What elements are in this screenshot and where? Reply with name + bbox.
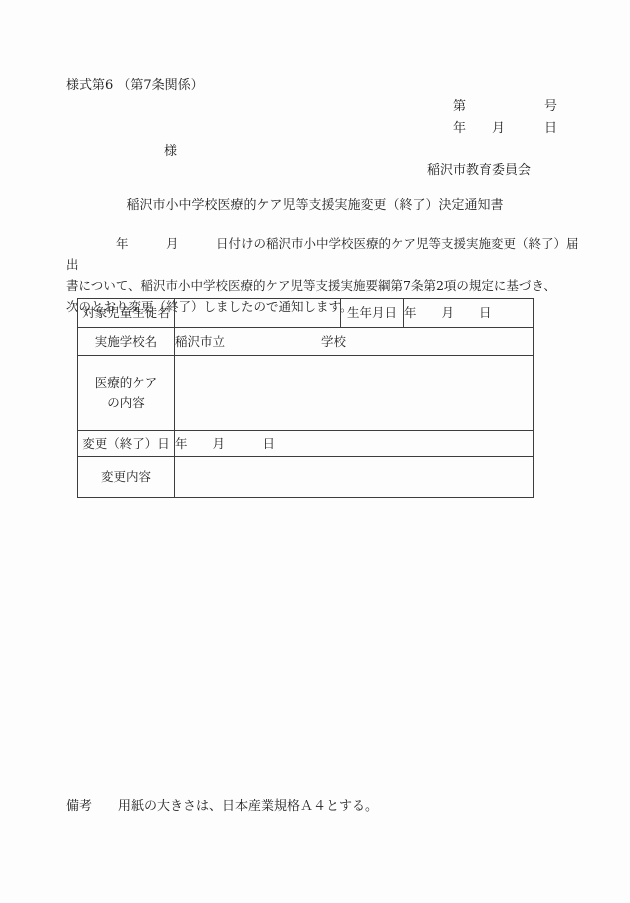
body-line-2: 書について、稲沢市小中学校医療的ケア児等支援実施要綱第7条第2項の規定に基づき、 <box>66 275 586 296</box>
table-row-change-date: 変更（終了）日 年 月 日 <box>78 431 534 457</box>
table-row-change-details: 変更内容 <box>78 457 534 498</box>
issuer-name: 稲沢市教育委員会 <box>427 163 531 179</box>
body-line-1: 年 月 日付けの稲沢市小中学校医療的ケア児等支援実施変更（終了）届出 <box>66 233 586 275</box>
document-number-line: 第 号 <box>453 96 557 118</box>
target-student-name-field <box>175 299 341 328</box>
birthdate-label: 生年月日 <box>341 299 404 328</box>
school-name-suffix: 学校 <box>321 334 346 350</box>
medical-care-label-line1: 医療的ケア <box>78 373 174 393</box>
change-date-label: 変更（終了）日 <box>78 431 175 457</box>
table-row-medical-care: 医療的ケア の内容 <box>78 356 534 431</box>
change-details-field <box>175 457 534 498</box>
document-page: 様式第6 （第7条関係） 第 号 年 月 日 様 稲沢市教育委員会 稲沢市小中学… <box>0 0 630 903</box>
school-name-value: 稲沢市立学校 <box>175 328 534 356</box>
school-name-prefix: 稲沢市立 <box>175 334 225 349</box>
medical-care-field <box>175 356 534 431</box>
document-title: 稲沢市小中学校医療的ケア児等支援実施変更（終了）決定通知書 <box>0 198 630 214</box>
medical-care-label: 医療的ケア の内容 <box>78 356 175 431</box>
document-number-block: 第 号 年 月 日 <box>453 96 557 140</box>
recipient-honorific: 様 <box>164 144 177 160</box>
issue-date-line: 年 月 日 <box>453 118 557 140</box>
remarks-note: 備考 用紙の大きさは、日本産業規格Ａ４とする。 <box>66 799 378 815</box>
school-name-label: 実施学校名 <box>78 328 175 356</box>
medical-care-label-line2: の内容 <box>78 393 174 413</box>
form-reference: 様式第6 （第7条関係） <box>66 78 204 94</box>
target-student-name-label: 対象児童生徒名 <box>78 299 175 328</box>
table-row-student-name: 対象児童生徒名 生年月日 年 月 日 <box>78 299 534 328</box>
table-row-school-name: 実施学校名 稲沢市立学校 <box>78 328 534 356</box>
birthdate-value: 年 月 日 <box>404 299 534 328</box>
notification-table: 対象児童生徒名 生年月日 年 月 日 実施学校名 稲沢市立学校 医療的ケア の内… <box>77 298 534 498</box>
change-details-label: 変更内容 <box>78 457 175 498</box>
change-date-value: 年 月 日 <box>175 431 534 457</box>
